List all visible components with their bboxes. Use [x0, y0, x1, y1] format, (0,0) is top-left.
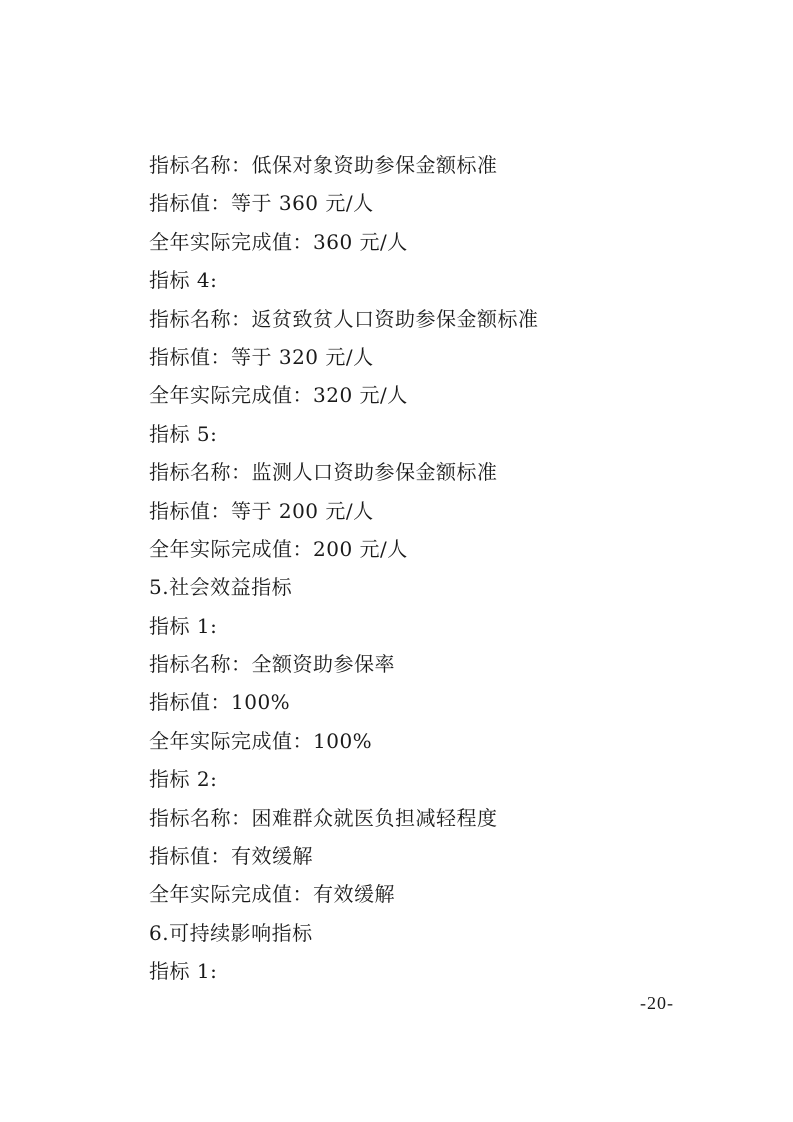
section-heading: 6.可持续影响指标: [149, 914, 539, 952]
indicator-value-line: 指标值：等于 200 元/人: [149, 492, 539, 530]
indicator-name-line: 指标名称：低保对象资助参保金额标准: [149, 146, 539, 184]
indicator-value-line: 指标值：100%: [149, 683, 539, 721]
indicator-actual-line: 全年实际完成值：360 元/人: [149, 223, 539, 261]
indicator-actual-line: 全年实际完成值：100%: [149, 722, 539, 760]
indicator-actual-line: 全年实际完成值：有效缓解: [149, 875, 539, 913]
indicator-heading: 指标 1:: [149, 952, 539, 990]
page-number: -20-: [640, 993, 674, 1014]
indicator-actual-line: 全年实际完成值：200 元/人: [149, 530, 539, 568]
indicator-heading: 指标 2:: [149, 760, 539, 798]
indicator-value-line: 指标值：等于 320 元/人: [149, 338, 539, 376]
indicator-name-line: 指标名称：全额资助参保率: [149, 645, 539, 683]
document-body: 指标名称：低保对象资助参保金额标准 指标值：等于 360 元/人 全年实际完成值…: [149, 146, 539, 991]
indicator-name-line: 指标名称：困难群众就医负担减轻程度: [149, 799, 539, 837]
indicator-heading: 指标 1:: [149, 607, 539, 645]
indicator-value-line: 指标值：等于 360 元/人: [149, 184, 539, 222]
indicator-actual-line: 全年实际完成值：320 元/人: [149, 376, 539, 414]
section-heading: 5.社会效益指标: [149, 568, 539, 606]
document-page: 指标名称：低保对象资助参保金额标准 指标值：等于 360 元/人 全年实际完成值…: [0, 0, 793, 1122]
indicator-heading: 指标 5:: [149, 415, 539, 453]
indicator-name-line: 指标名称：返贫致贫人口资助参保金额标准: [149, 300, 539, 338]
indicator-value-line: 指标值：有效缓解: [149, 837, 539, 875]
indicator-heading: 指标 4:: [149, 261, 539, 299]
indicator-name-line: 指标名称：监测人口资助参保金额标准: [149, 453, 539, 491]
